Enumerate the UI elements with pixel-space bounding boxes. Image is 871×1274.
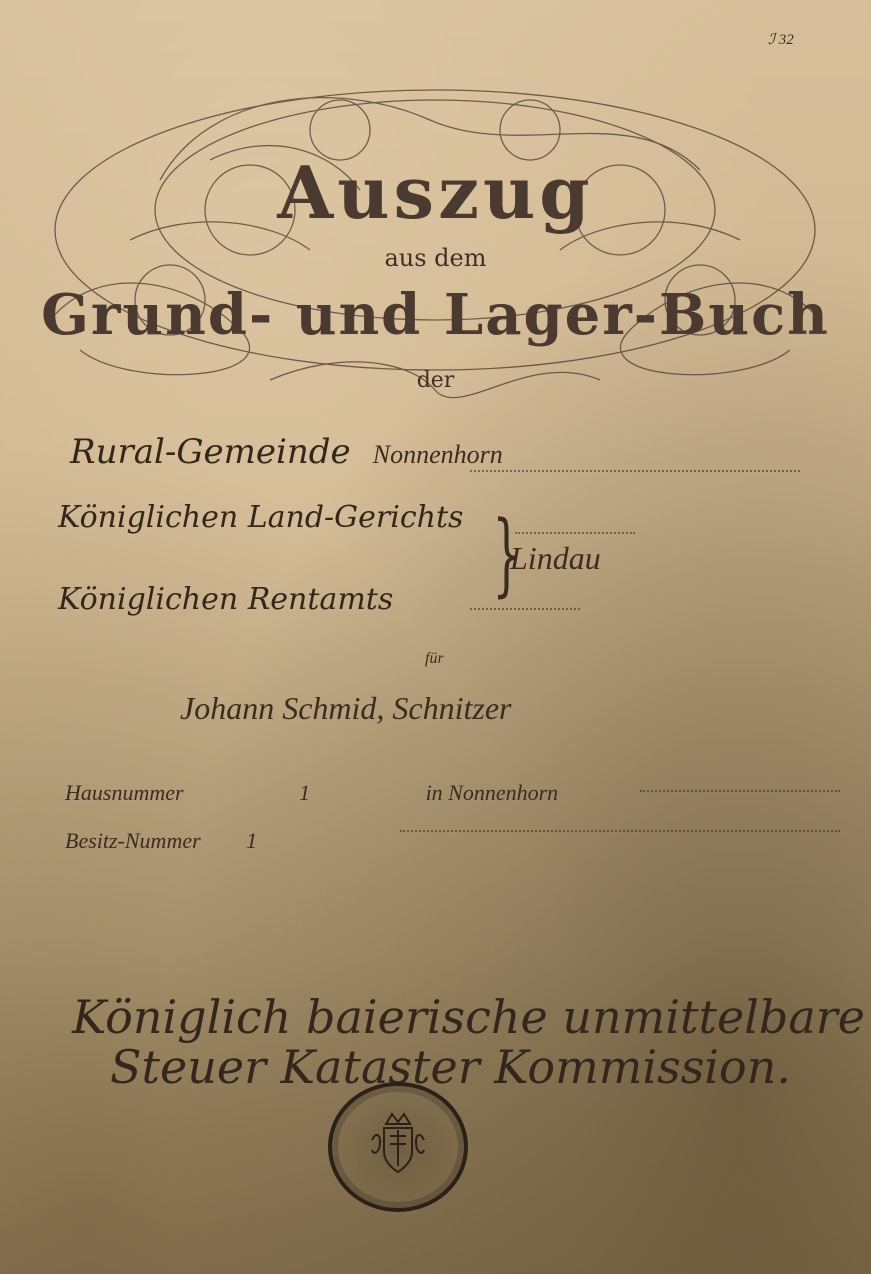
place-dotted-line <box>640 790 840 792</box>
gemeinde-dotted-line <box>470 470 800 472</box>
landgericht-label: Königlichen Land-Gerichts <box>58 500 463 535</box>
hausnummer-value: 1 <box>299 780 310 805</box>
coat-of-arms-icon <box>366 1110 430 1180</box>
footer-line-2: Steuer Kataster Kommission. <box>110 1040 791 1094</box>
place-value: in Nonnenhorn <box>426 780 559 805</box>
folio-number: ℐ 32 <box>768 30 794 49</box>
fuer-label: für <box>425 650 444 668</box>
rentamt-label: Königlichen Rentamts <box>58 582 393 617</box>
title-der: der <box>0 368 871 393</box>
owner-value: Johann Schmid, Schnitzer <box>180 690 512 727</box>
rentamt-dotted-line <box>470 608 580 610</box>
title-grund-und-lager-buch: Grund- und Lager-Buch <box>0 282 871 348</box>
besitz-value: 1 <box>246 828 257 853</box>
besitz-dotted-line <box>400 830 840 832</box>
footer-line-1: Königlich baierische unmittelbare <box>72 990 865 1044</box>
hausnummer-label: Hausnummer <box>65 780 184 805</box>
district-value: Lindau <box>510 540 601 577</box>
title-aus-dem: aus dem <box>0 244 871 272</box>
calligraphic-flourish-icon <box>10 60 860 420</box>
gemeinde-value: Nonnenhorn <box>373 440 503 469</box>
landgericht-dotted-line <box>515 532 635 534</box>
besitz-label: Besitz-Nummer <box>65 828 201 853</box>
official-seal <box>328 1082 468 1212</box>
gemeinde-label: Rural-Gemeinde <box>70 432 351 472</box>
title-auszug: Auszug <box>0 150 871 235</box>
hausnummer-line: Hausnummer 1 in Nonnenhorn <box>65 780 558 806</box>
gemeinde-line: Rural-Gemeinde Nonnenhorn <box>70 428 503 472</box>
besitz-line: Besitz-Nummer 1 <box>65 828 257 854</box>
